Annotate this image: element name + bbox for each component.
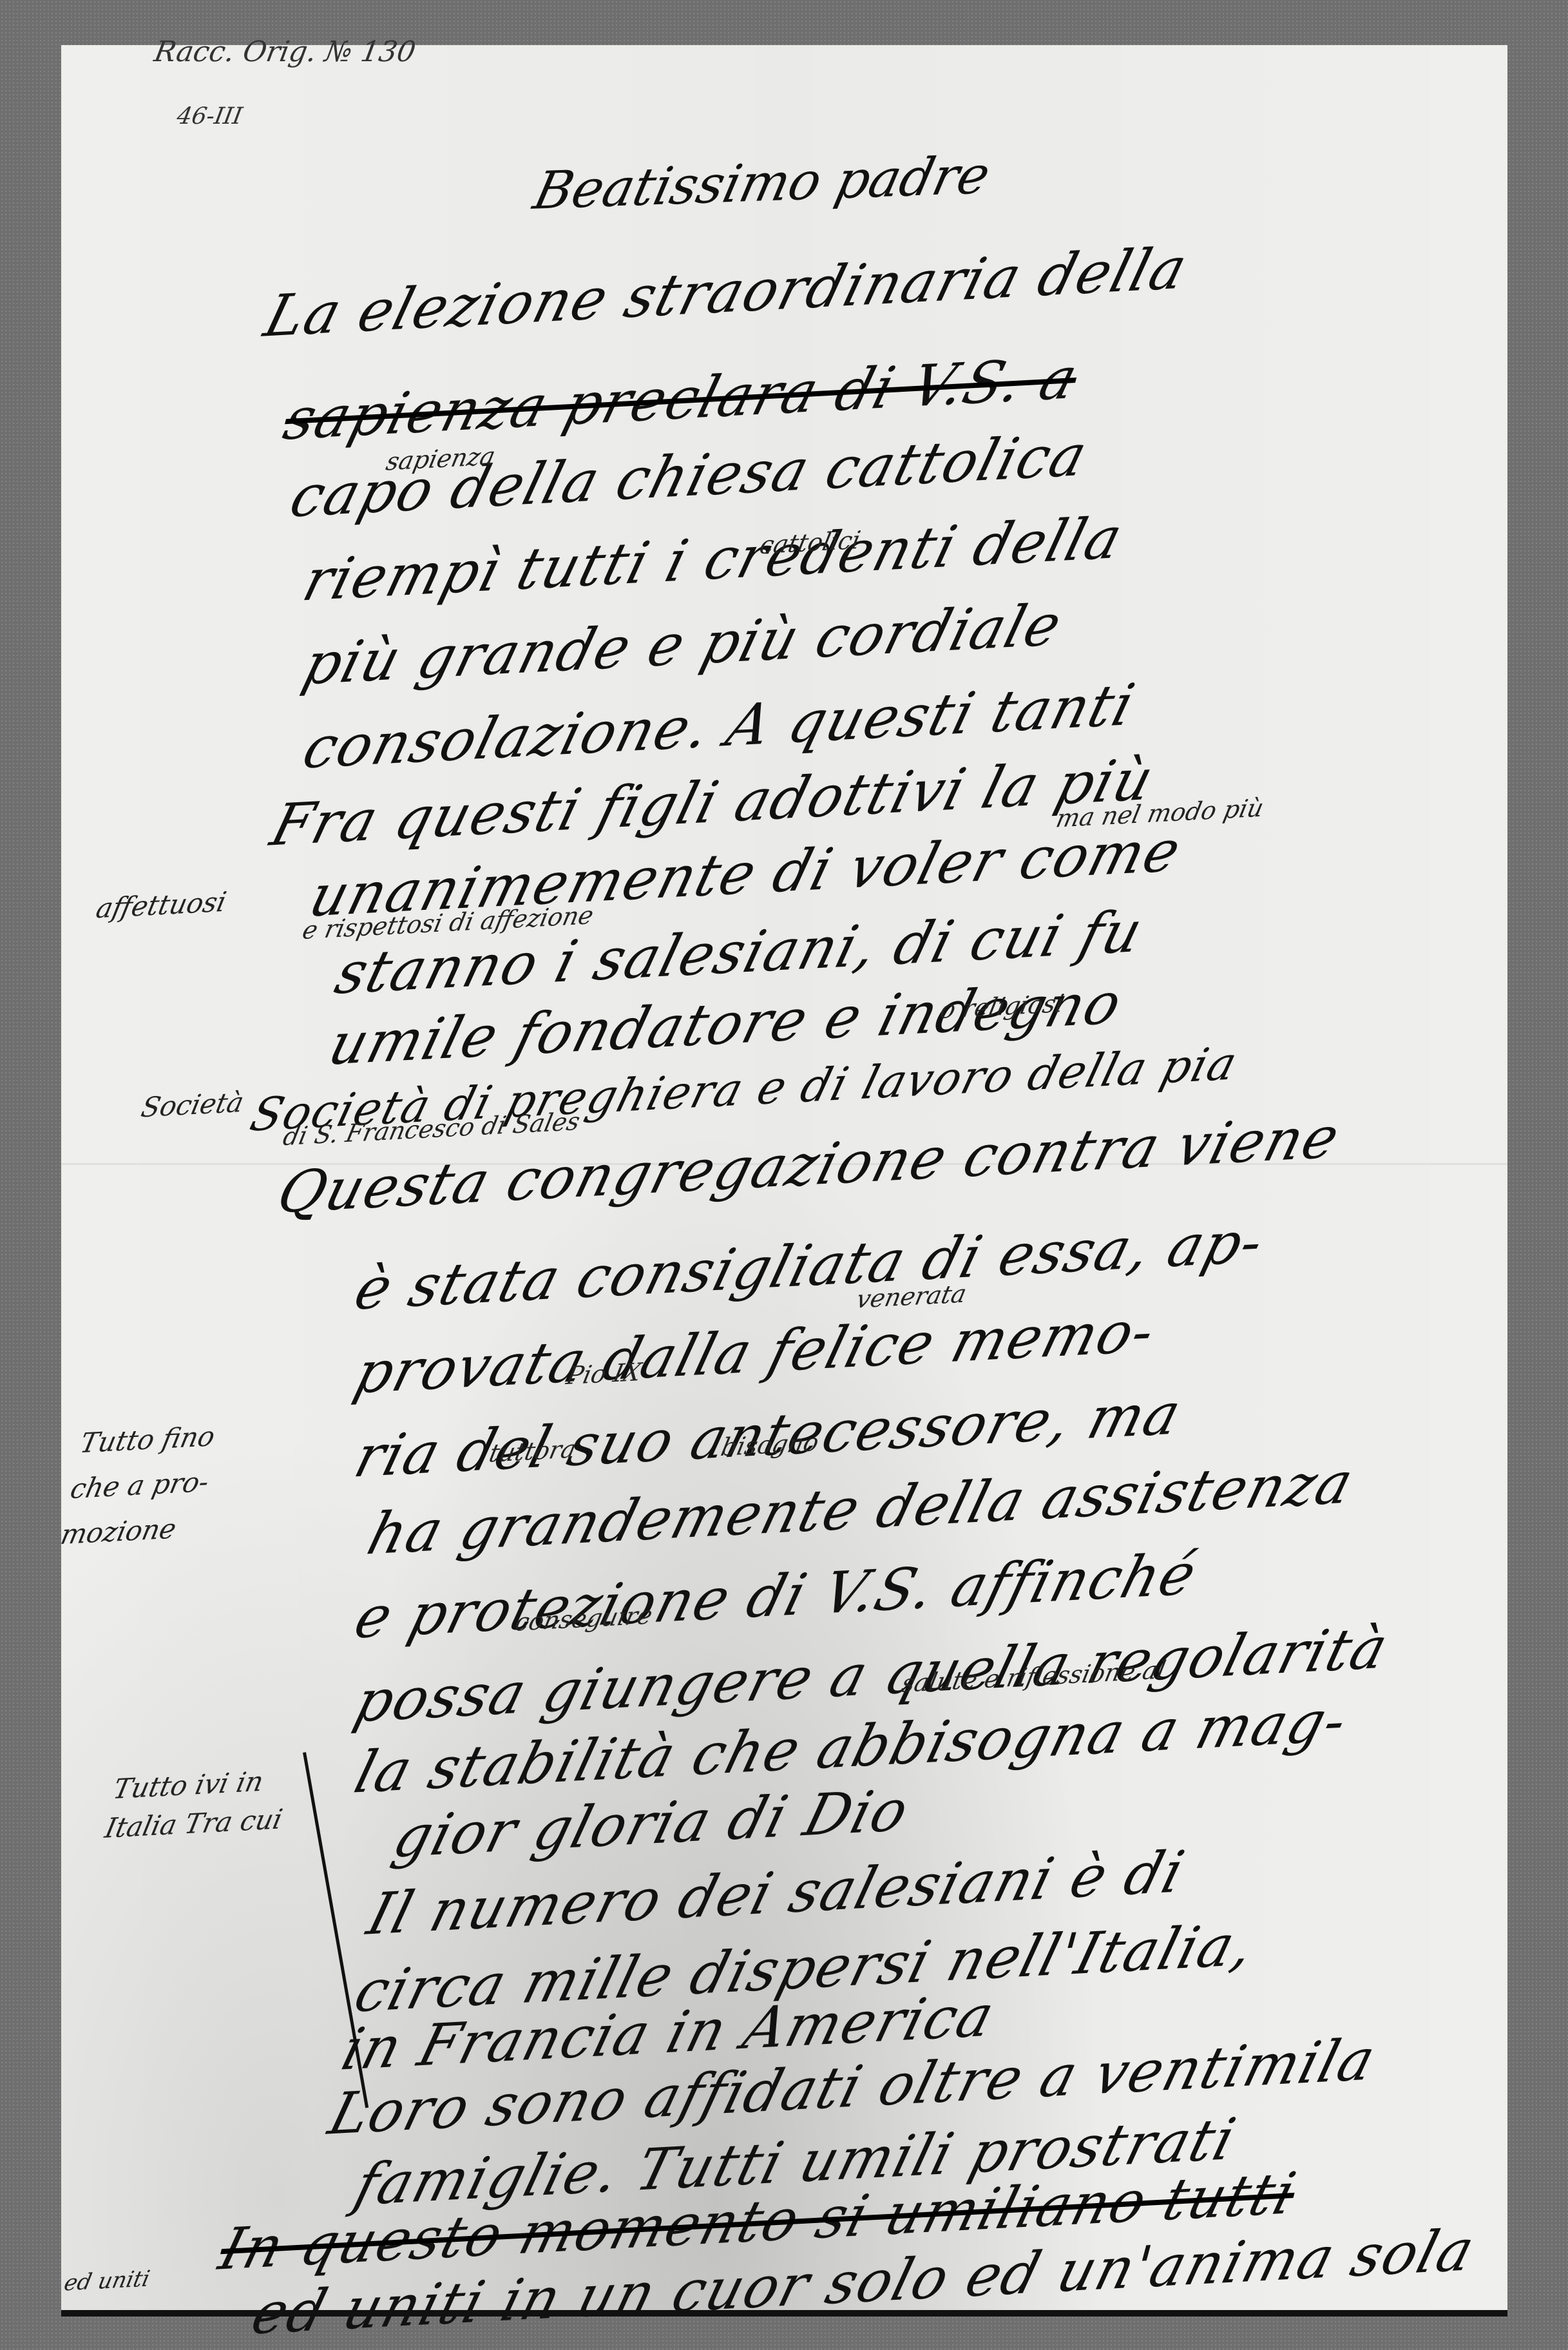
insertion-pio-ix: Pio IX bbox=[564, 1358, 644, 1391]
archive-subreference: 46-III bbox=[175, 103, 244, 130]
insertion-venerata: venerata bbox=[854, 1279, 969, 1313]
insertion-bisogno: bisogno bbox=[718, 1428, 821, 1461]
margin-note-ed-uniti: ed uniti bbox=[62, 2266, 152, 2296]
margin-note-italia: Tutto ivi in Italia Tra cui bbox=[101, 1760, 298, 1848]
margin-note-promozione: Tutto fino che a pro- mozione bbox=[57, 1413, 234, 1558]
archive-reference: Racc. Orig. № 130 bbox=[152, 35, 419, 68]
margin-note-societa: Società bbox=[139, 1086, 247, 1124]
insertion-sapienza: sapienza bbox=[383, 441, 498, 476]
insertion-tuttora: tuttora bbox=[486, 1434, 578, 1468]
insertion-cattolici: cattolici bbox=[757, 526, 863, 560]
